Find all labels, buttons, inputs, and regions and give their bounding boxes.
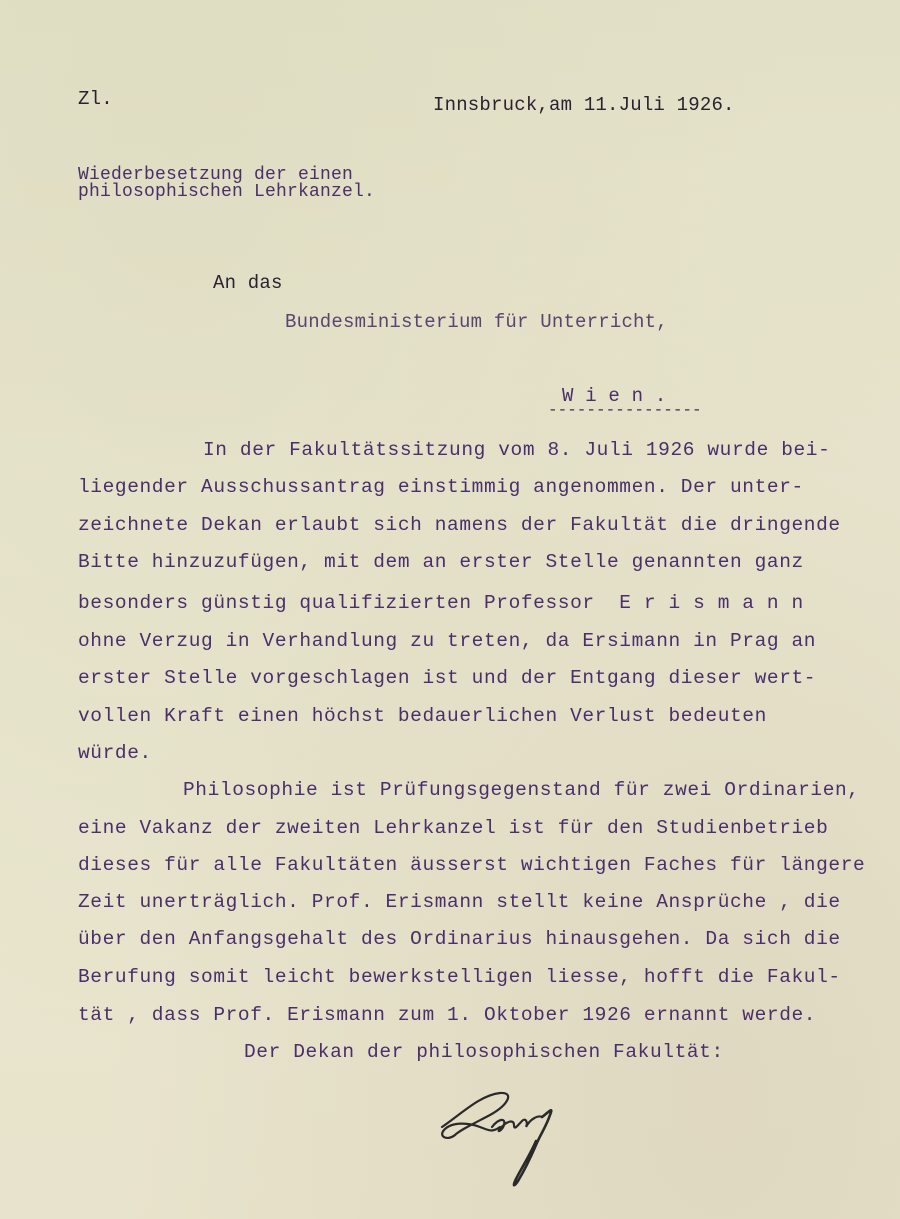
place-date: Innsbruck,am 11.Juli 1926. [433,94,735,116]
body-line: würde. [78,742,152,764]
body-line: besonders günstig qualifizierten Profess… [78,592,804,614]
body-line: tät , dass Prof. Erismann zum 1. Oktober… [78,1004,816,1026]
recipient-name: Bundesministerium für Unterricht, [285,311,668,333]
city-underline: ---------------- [548,401,702,419]
body-line: liegender Ausschussantrag einstimmig ang… [78,476,804,498]
body-line: ohne Verzug in Verhandlung zu treten, da… [78,630,816,652]
body-line: vollen Kraft einen höchst bedauerlichen … [78,705,767,727]
body-line: In der Fakultätssitzung vom 8. Juli 1926… [203,439,830,461]
body-line: Philosophie ist Prüfungsgegenstand für z… [183,779,860,801]
body-line: dieses für alle Fakultäten äusserst wich… [78,854,865,876]
subject-line: Wiederbesetzung der einen [78,167,353,183]
body-line: Zeit unerträglich. Prof. Erismann stellt… [78,891,841,913]
body-line: erster Stelle vorgeschlagen ist und der … [78,667,816,689]
body-line: über den Anfangsgehalt des Ordinarius hi… [78,928,841,950]
body-line: eine Vakanz der zweiten Lehrkanzel ist f… [78,817,828,839]
closing-line: Der Dekan der philosophischen Fakultät: [244,1041,724,1063]
letter-page: Zl. Innsbruck,am 11.Juli 1926. Wiederbes… [0,0,900,1219]
subject-line: philosophischen Lehrkanzel. [78,184,375,200]
signature: Lerch [430,1075,590,1195]
recipient-salutation: An das [213,272,283,294]
body-line: zeichnete Dekan erlaubt sich namens der … [78,514,841,536]
reference-number: Zl. [78,88,113,110]
body-line: Berufung somit leicht bewerkstelligen li… [78,966,841,988]
body-line: Bitte hinzuzufügen, mit dem an erster St… [78,551,804,573]
